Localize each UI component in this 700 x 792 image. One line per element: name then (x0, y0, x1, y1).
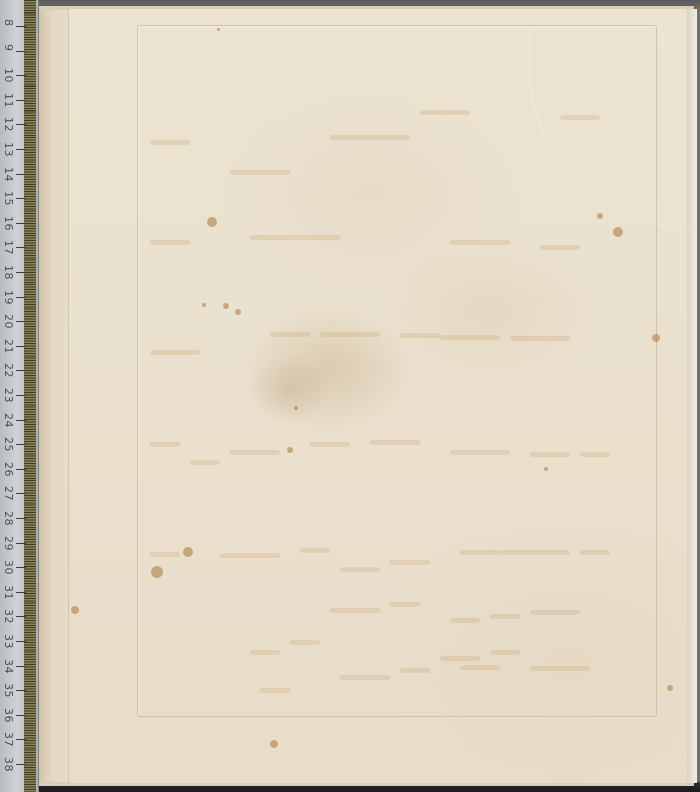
ruler-label: 23 (2, 388, 15, 403)
ruler-tick (16, 26, 26, 27)
scan-background: 8910111213141516171819202122232425262728… (0, 0, 700, 792)
ruler-label: 30 (2, 560, 15, 575)
ruler-label: 32 (2, 609, 15, 624)
bleed-through-mark (300, 548, 330, 553)
ruler-label: 19 (2, 290, 15, 305)
ruler-label: 26 (2, 462, 15, 477)
foxing-spot (597, 213, 603, 219)
bleed-through-mark (580, 452, 610, 457)
ruler-label: 33 (2, 634, 15, 649)
ruler-tick (16, 75, 26, 76)
ruler-tick (16, 493, 26, 494)
bleed-through-mark (450, 618, 480, 623)
ruler-label: 18 (2, 265, 15, 280)
bleed-through-mark (220, 553, 280, 558)
ruler-tick (16, 370, 26, 371)
bleed-through-mark (270, 332, 310, 337)
ruler-label: 11 (2, 93, 15, 108)
ruler-tick (16, 149, 26, 150)
foxing-spot (235, 309, 241, 315)
ruler-label: 17 (2, 240, 15, 255)
bleed-through-mark (490, 650, 520, 655)
ruler-tick (16, 272, 26, 273)
ruler-tick (16, 198, 26, 199)
foxing-spot (613, 227, 623, 237)
ruler-tick (16, 715, 26, 716)
ruler-tick (16, 174, 26, 175)
bleed-through-mark (330, 135, 410, 140)
foxing-spot (71, 606, 79, 614)
ruler-label: 25 (2, 437, 15, 452)
ruler-tick (16, 518, 26, 519)
ruler-tick (16, 124, 26, 125)
foxing-spot (202, 303, 206, 307)
ruler-label: 10 (2, 68, 15, 83)
bleed-through-mark (460, 550, 500, 555)
bleed-through-mark (250, 650, 280, 655)
ruler-tick (16, 346, 26, 347)
ruler-tick (16, 469, 26, 470)
blank-page (68, 9, 689, 783)
bleed-through-mark (560, 115, 600, 120)
ruler-label: 37 (2, 732, 15, 747)
bleed-through-mark (390, 560, 430, 565)
bleed-through-mark (150, 140, 190, 145)
bleed-through-mark (400, 333, 440, 338)
ruler-label: 27 (2, 486, 15, 501)
ruler-tick (16, 297, 26, 298)
foxing-spot (270, 740, 278, 748)
ruler-label: 29 (2, 536, 15, 551)
bleed-through-mark (460, 665, 500, 670)
foxing-spot (217, 28, 220, 31)
ruler-label: 20 (2, 314, 15, 329)
bleed-through-mark (510, 336, 570, 341)
bleed-through-mark (530, 452, 570, 457)
ruler-tick (16, 223, 26, 224)
bleed-through-mark (250, 235, 340, 240)
foxing-spot (287, 447, 293, 453)
ruler-label: 16 (2, 216, 15, 231)
ruler-label: 8 (2, 19, 15, 27)
ruler-tick (16, 690, 26, 691)
foxing-spot (183, 547, 193, 557)
ruler-tick (16, 100, 26, 101)
ruler-label: 13 (2, 142, 15, 157)
bleed-through-mark (290, 640, 320, 645)
measuring-ruler: 8910111213141516171819202122232425262728… (0, 0, 39, 792)
bleed-through-mark (340, 675, 390, 680)
ruler-label: 12 (2, 117, 15, 132)
ruler-label: 9 (2, 44, 15, 52)
bleed-through-mark (310, 442, 350, 447)
bleed-through-mark (330, 608, 380, 613)
bleed-through-mark (440, 656, 480, 661)
foxing-spot (151, 566, 163, 578)
bleed-through-mark (230, 450, 280, 455)
bleed-through-mark (370, 440, 420, 445)
bleed-through-mark (530, 666, 590, 671)
bleed-through-mark (150, 350, 200, 355)
bleed-through-mark (450, 240, 510, 245)
ruler-tick (16, 247, 26, 248)
bleed-through-mark (390, 602, 420, 607)
ruler-tick (16, 764, 26, 765)
ruler-tick (16, 739, 26, 740)
ruler-tick (16, 321, 26, 322)
ruler-label: 14 (2, 167, 15, 182)
ruler-tick (16, 666, 26, 667)
ruler-tick (16, 567, 26, 568)
ruler-label: 22 (2, 363, 15, 378)
ruler-tick (16, 592, 26, 593)
bleed-through-mark (190, 460, 220, 465)
ruler-tick (16, 444, 26, 445)
bleed-through-mark (530, 610, 580, 615)
bleed-through-mark (150, 240, 190, 245)
ruler-label: 28 (2, 511, 15, 526)
ruler-label: 31 (2, 585, 15, 600)
foxing-spot (223, 303, 229, 309)
bleed-through-mark (420, 110, 470, 115)
bleed-through-mark (230, 170, 290, 175)
ruler-tick (16, 420, 26, 421)
ruler-label: 34 (2, 659, 15, 674)
bleed-through-mark (320, 332, 380, 337)
ruler-label: 21 (2, 339, 15, 354)
bleed-through-mark (500, 550, 570, 555)
ruler-label: 38 (2, 757, 15, 772)
ruler-tick (16, 543, 26, 544)
foxing-spot (652, 334, 660, 342)
foxing-spot (294, 406, 298, 410)
ruler-tick (16, 395, 26, 396)
ruler-label: 36 (2, 708, 15, 723)
ruler-tick (16, 616, 26, 617)
ruler-tick (16, 51, 26, 52)
bleed-through-mark (340, 567, 380, 572)
bleed-through-mark (260, 688, 290, 693)
ruler-label: 15 (2, 191, 15, 206)
ruler-scale (24, 0, 36, 792)
ruler-label: 24 (2, 413, 15, 428)
bleed-through-mark (400, 668, 430, 673)
foxing-spot (667, 685, 673, 691)
bleed-through-mark (450, 450, 510, 455)
ruler-tick (16, 641, 26, 642)
bleed-through-mark (540, 245, 580, 250)
bleed-through-mark (150, 442, 180, 447)
bleed-through-mark (580, 550, 610, 555)
bleed-through-mark (490, 614, 520, 619)
ruler-label: 35 (2, 683, 15, 698)
bleed-through-mark (150, 552, 180, 557)
foxing-spot (207, 217, 217, 227)
bleed-through-mark (440, 335, 500, 340)
foxing-spot (544, 467, 548, 471)
